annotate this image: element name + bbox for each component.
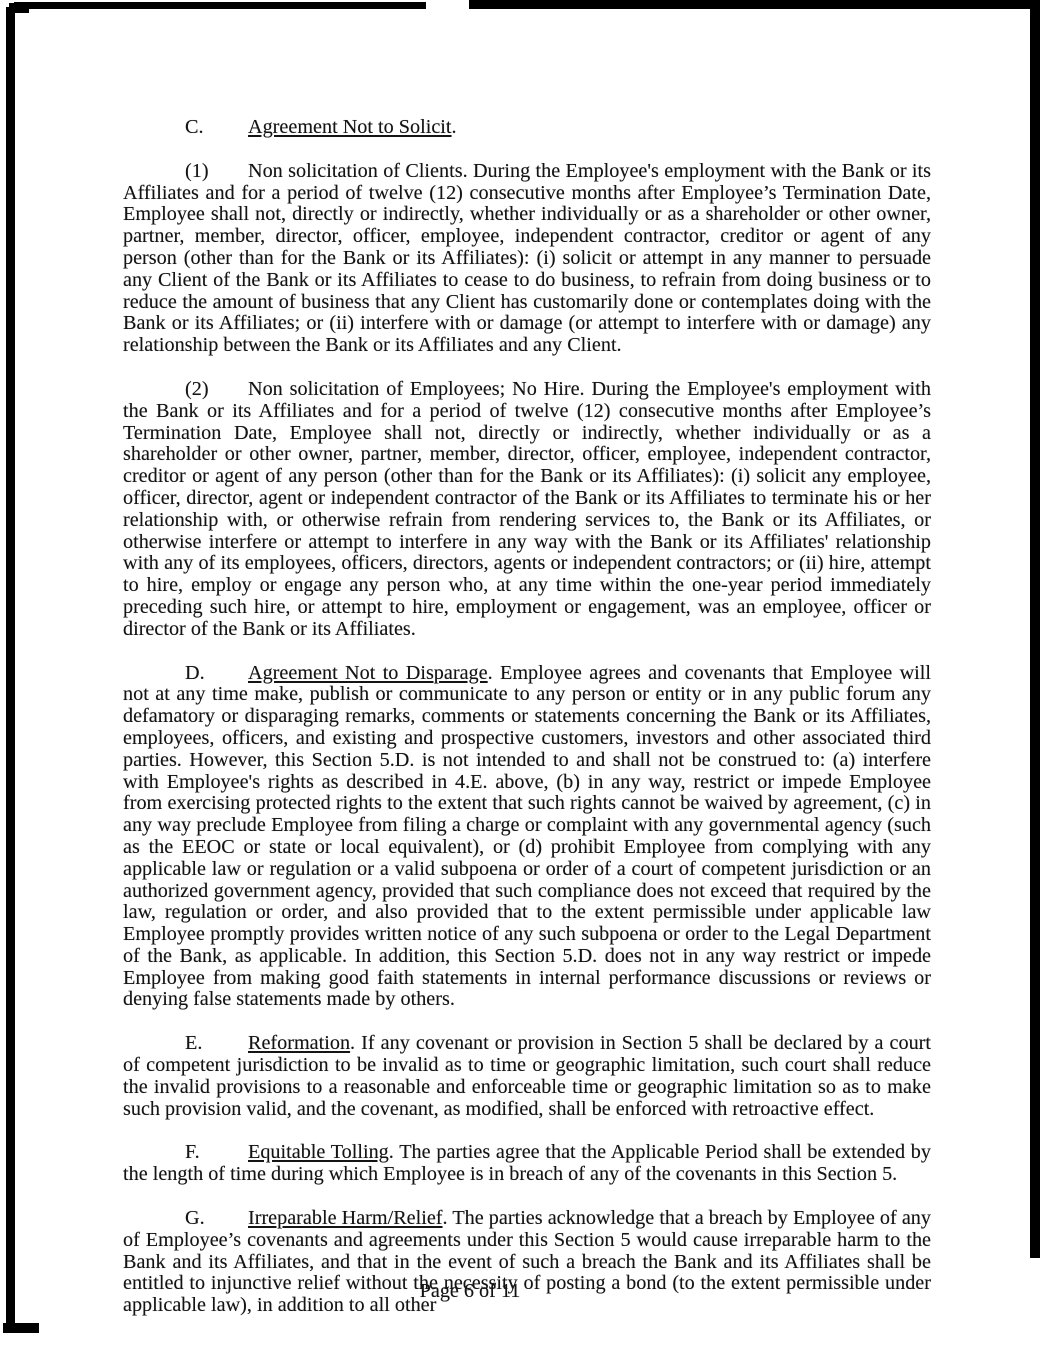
- section-heading-c: C.Agreement Not to Solicit.: [123, 117, 931, 139]
- scan-artifact-top-bar-left: [14, 2, 426, 9]
- paragraph-reformation: E.Reformation. If any covenant or provis…: [123, 1033, 931, 1120]
- paragraph-non-solicitation-employees: (2)Non solicitation of Employees; No Hir…: [123, 379, 931, 641]
- section-marker: C.: [185, 117, 248, 139]
- section-title: Agreement Not to Disparage: [248, 662, 488, 684]
- paragraph-agreement-not-to-disparage: D.Agreement Not to Disparage. Employee a…: [123, 663, 931, 1012]
- section-text: .: [452, 116, 457, 138]
- section-text: . Employee agrees and covenants that Emp…: [123, 662, 931, 1011]
- paragraph-non-solicitation-clients: (1)Non solicitation of Clients. During t…: [123, 161, 931, 357]
- section-marker: D.: [185, 663, 248, 685]
- page-number: Page 6 of 11: [0, 1281, 940, 1303]
- document-page: C.Agreement Not to Solicit. (1)Non solic…: [0, 0, 1055, 1365]
- scan-artifact-right-bar: [1030, 0, 1040, 1258]
- section-title: Agreement Not to Solicit: [248, 116, 452, 138]
- section-title: Equitable Tolling: [248, 1141, 389, 1163]
- section-title: Irreparable Harm/Relief: [248, 1207, 443, 1229]
- section-marker: E.: [185, 1033, 248, 1055]
- scan-artifact-left-bar: [6, 7, 15, 1327]
- scan-artifact-top-bar-right: [469, 0, 1039, 9]
- paragraph-equitable-tolling: F.Equitable Tolling. The parties agree t…: [123, 1142, 931, 1186]
- section-text: Non solicitation of Employees; No Hire. …: [123, 378, 931, 640]
- section-marker: F.: [185, 1142, 248, 1164]
- section-marker: (2): [185, 379, 248, 401]
- document-body: C.Agreement Not to Solicit. (1)Non solic…: [123, 117, 931, 1339]
- section-text: Non solicitation of Clients. During the …: [123, 160, 931, 356]
- section-marker: G.: [185, 1208, 248, 1230]
- scan-artifact-bottom-tick: [3, 1323, 39, 1333]
- section-title: Reformation: [248, 1032, 350, 1054]
- section-marker: (1): [185, 161, 248, 183]
